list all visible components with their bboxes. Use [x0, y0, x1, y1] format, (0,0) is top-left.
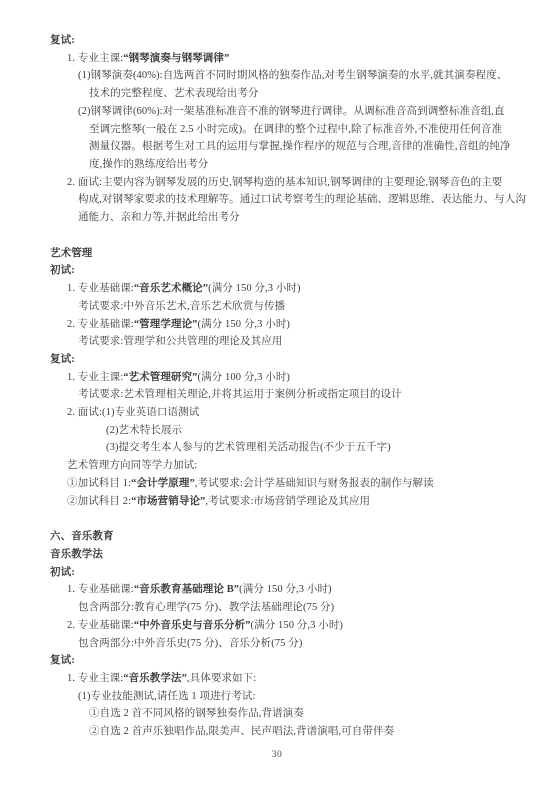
text-segment: 包含两部分:教育心理学(75 分)、教学法基础理论(75 分)	[78, 602, 334, 613]
doc-line: 包含两部分:中外音乐史(75 分)、音乐分析(75 分)	[78, 635, 514, 653]
text-segment: (2)钢琴调律(60%):对一架基准标准音不准的钢琴进行调律。从调标准音高到调整…	[78, 106, 505, 117]
doc-line: ②加试科目 2:“市场营销导论”,考试要求:市场营销学理论及其应用	[67, 493, 514, 511]
doc-line: 考试要求:管理学和公共管理的理论及其应用	[78, 333, 514, 351]
text-segment: (3)提交考生本人参与的艺术管理相关活动报告(不少于五千字)	[106, 442, 391, 453]
doc-line: 考试要求:中外音乐艺术,音乐艺术欣赏与传播	[78, 298, 514, 316]
doc-line: (3)提交考生本人参与的艺术管理相关活动报告(不少于五千字)	[106, 439, 514, 457]
text-segment: 2. 面试:主要内容为钢琴发展的历史,钢琴构造的基本知识,钢琴调律的主要理论,钢…	[67, 177, 502, 188]
doc-heading-line: 复试:	[50, 32, 514, 50]
doc-line: (2)艺术特长展示	[106, 422, 514, 440]
text-segment: 1. 专业基础课:	[67, 584, 134, 595]
text-segment: 至调完整琴(一般在 2.5 小时完成)。在调律的整个过程中,除了标准音外,不准使…	[89, 124, 502, 135]
course-title-text: “音乐教学法”	[123, 673, 187, 684]
doc-heading-line: 艺术管理	[50, 245, 514, 263]
doc-line: 技术的完整程度、艺术表现给出考分	[89, 85, 514, 103]
doc-line: 考试要求:艺术管理相关理论,并将其运用于案例分析或指定项目的设计	[78, 386, 514, 404]
course-title-text: “音乐教育基础理论 B”	[134, 584, 239, 595]
text-segment: 2. 专业基础课:	[67, 319, 134, 330]
course-title-text: “管理学理论”	[134, 319, 198, 330]
doc-line: ②自选 2 首声乐独唱作品,限美声、民声唱法,背谱演唱,可自带伴奏	[89, 723, 514, 741]
text-segment: 考试要求:艺术管理相关理论,并将其运用于案例分析或指定项目的设计	[78, 389, 402, 400]
text-segment: (2)艺术特长展示	[106, 425, 182, 436]
text-segment: 通能力、亲和力等,并据此给出考分	[78, 212, 240, 223]
text-segment: ,考试要求:会计学基础知识与财务报表的制作与解读	[195, 478, 434, 489]
doc-heading-line: 六、音乐教育	[50, 528, 514, 546]
doc-heading-line: 复试:	[50, 351, 514, 369]
doc-line: 度,操作的熟练度给出考分	[89, 156, 514, 174]
doc-line: 构成,对钢琴家要求的技术理解等。通过口试考察考生的理论基础、逻辑思维、表达能力、…	[78, 191, 514, 209]
text-segment: (满分 150 分,3 小时)	[239, 584, 332, 595]
doc-heading-line: 复试:	[50, 652, 514, 670]
course-title-text: “艺术管理研究”	[123, 372, 197, 383]
text-segment: 复试:	[50, 655, 75, 666]
text-segment: (满分 150 分,3 小时)	[208, 283, 301, 294]
page-number-footer: 30	[0, 750, 554, 760]
doc-line: ①自选 2 首不同风格的钢琴独奏作品,背谱演奏	[89, 705, 514, 723]
text-segment: 初试:	[50, 567, 75, 578]
text-segment: (满分 150 分,3 小时)	[198, 319, 291, 330]
text-segment: 考试要求:管理学和公共管理的理论及其应用	[78, 336, 282, 347]
text-segment: 六、音乐教育	[50, 531, 114, 542]
text-segment: 1. 专业主课:	[67, 673, 123, 684]
doc-line: 2. 面试:主要内容为钢琴发展的历史,钢琴构造的基本知识,钢琴调律的主要理论,钢…	[67, 174, 514, 192]
text-segment: (满分 100 分,3 小时)	[198, 372, 291, 383]
text-segment: 2. 专业基础课:	[67, 620, 134, 631]
text-segment: 复试:	[50, 35, 75, 46]
course-title-text: “音乐艺术概论”	[134, 283, 208, 294]
text-segment: 度,操作的熟练度给出考分	[89, 159, 208, 170]
doc-line: 1. 专业基础课:“音乐教育基础理论 B”(满分 150 分,3 小时)	[67, 581, 514, 599]
doc-heading-line: 音乐教学法	[50, 546, 514, 564]
doc-line: (1)专业技能测试,请任选 1 项进行考试:	[78, 688, 514, 706]
text-segment: 艺术管理	[50, 248, 92, 259]
text-segment: 考试要求:中外音乐艺术,音乐艺术欣赏与传播	[78, 301, 285, 312]
doc-line: 包含两部分:教育心理学(75 分)、教学法基础理论(75 分)	[78, 599, 514, 617]
text-segment: 测量仪器。根据考生对工具的运用与掌握,操作程序的规范与合理,音律的准确性,音组的…	[89, 141, 511, 152]
text-segment: 1. 专业主课:	[67, 53, 123, 64]
text-segment: 1. 专业基础课:	[67, 283, 134, 294]
course-title-text: “会计学原理”	[131, 478, 195, 489]
doc-line: ①加试科目 1:“会计学原理”,考试要求:会计学基础知识与财务报表的制作与解读	[67, 475, 514, 493]
text-segment: 艺术管理方向同等学力加试:	[67, 460, 197, 471]
text-segment: ①加试科目 1:	[67, 478, 131, 489]
document-body: 复试:1. 专业主课:“钢琴演奏与钢琴调律”(1)钢琴演奏(40%):自选两首不…	[0, 0, 554, 741]
doc-line: 2. 面试:(1)专业英语口语测试	[67, 404, 514, 422]
doc-heading-line: 初试:	[50, 262, 514, 280]
text-segment: (满分 150 分,3 小时)	[251, 620, 344, 631]
doc-line: 1. 专业主课:“钢琴演奏与钢琴调律”	[67, 50, 514, 68]
doc-line: (2)钢琴调律(60%):对一架基准标准音不准的钢琴进行调律。从调标准音高到调整…	[78, 103, 514, 121]
doc-heading-line: 初试:	[50, 564, 514, 582]
doc-line: 测量仪器。根据考生对工具的运用与掌握,操作程序的规范与合理,音律的准确性,音组的…	[89, 138, 514, 156]
text-segment: ②自选 2 首声乐独唱作品,限美声、民声唱法,背谱演唱,可自带伴奏	[89, 726, 394, 737]
text-segment: 技术的完整程度、艺术表现给出考分	[89, 88, 259, 99]
text-segment: ①自选 2 首不同风格的钢琴独奏作品,背谱演奏	[89, 708, 304, 719]
text-segment: 包含两部分:中外音乐史(75 分)、音乐分析(75 分)	[78, 638, 302, 649]
doc-line: 至调完整琴(一般在 2.5 小时完成)。在调律的整个过程中,除了标准音外,不准使…	[89, 121, 514, 139]
doc-line: 2. 专业基础课:“中外音乐史与音乐分析”(满分 150 分,3 小时)	[67, 617, 514, 635]
text-segment: (1)钢琴演奏(40%):自选两首不同时期风格的独奏作品,对考生钢琴演奏的水平,…	[78, 70, 507, 81]
doc-line: 通能力、亲和力等,并据此给出考分	[78, 209, 514, 227]
doc-line: 1. 专业主课:“音乐教学法”,具体要求如下:	[67, 670, 514, 688]
text-segment: 构成,对钢琴家要求的技术理解等。通过口试考察考生的理论基础、逻辑思维、表达能力、…	[78, 194, 526, 205]
course-title-text: “市场营销导论”	[131, 496, 205, 507]
text-segment: ②加试科目 2:	[67, 496, 131, 507]
doc-line: 2. 专业基础课:“管理学理论”(满分 150 分,3 小时)	[67, 316, 514, 334]
text-segment: (1)专业技能测试,请任选 1 项进行考试:	[78, 691, 256, 702]
text-segment: 初试:	[50, 265, 75, 276]
document-page: 复试:1. 专业主课:“钢琴演奏与钢琴调律”(1)钢琴演奏(40%):自选两首不…	[0, 0, 554, 787]
doc-line: 1. 专业主课:“艺术管理研究”(满分 100 分,3 小时)	[67, 369, 514, 387]
text-segment: 1. 专业主课:	[67, 372, 123, 383]
text-segment: ,考试要求:市场营销学理论及其应用	[205, 496, 370, 507]
doc-line: (1)钢琴演奏(40%):自选两首不同时期风格的独奏作品,对考生钢琴演奏的水平,…	[78, 67, 514, 85]
course-title-text: “中外音乐史与音乐分析”	[134, 620, 251, 631]
course-title-text: “钢琴演奏与钢琴调律”	[123, 53, 229, 64]
text-segment: 音乐教学法	[50, 549, 103, 560]
doc-line: 艺术管理方向同等学力加试:	[67, 457, 514, 475]
text-segment: 复试:	[50, 354, 75, 365]
text-segment: 2. 面试:(1)专业英语口语测试	[67, 407, 199, 418]
doc-line: 1. 专业基础课:“音乐艺术概论”(满分 150 分,3 小时)	[67, 280, 514, 298]
text-segment: ,具体要求如下:	[187, 673, 256, 684]
